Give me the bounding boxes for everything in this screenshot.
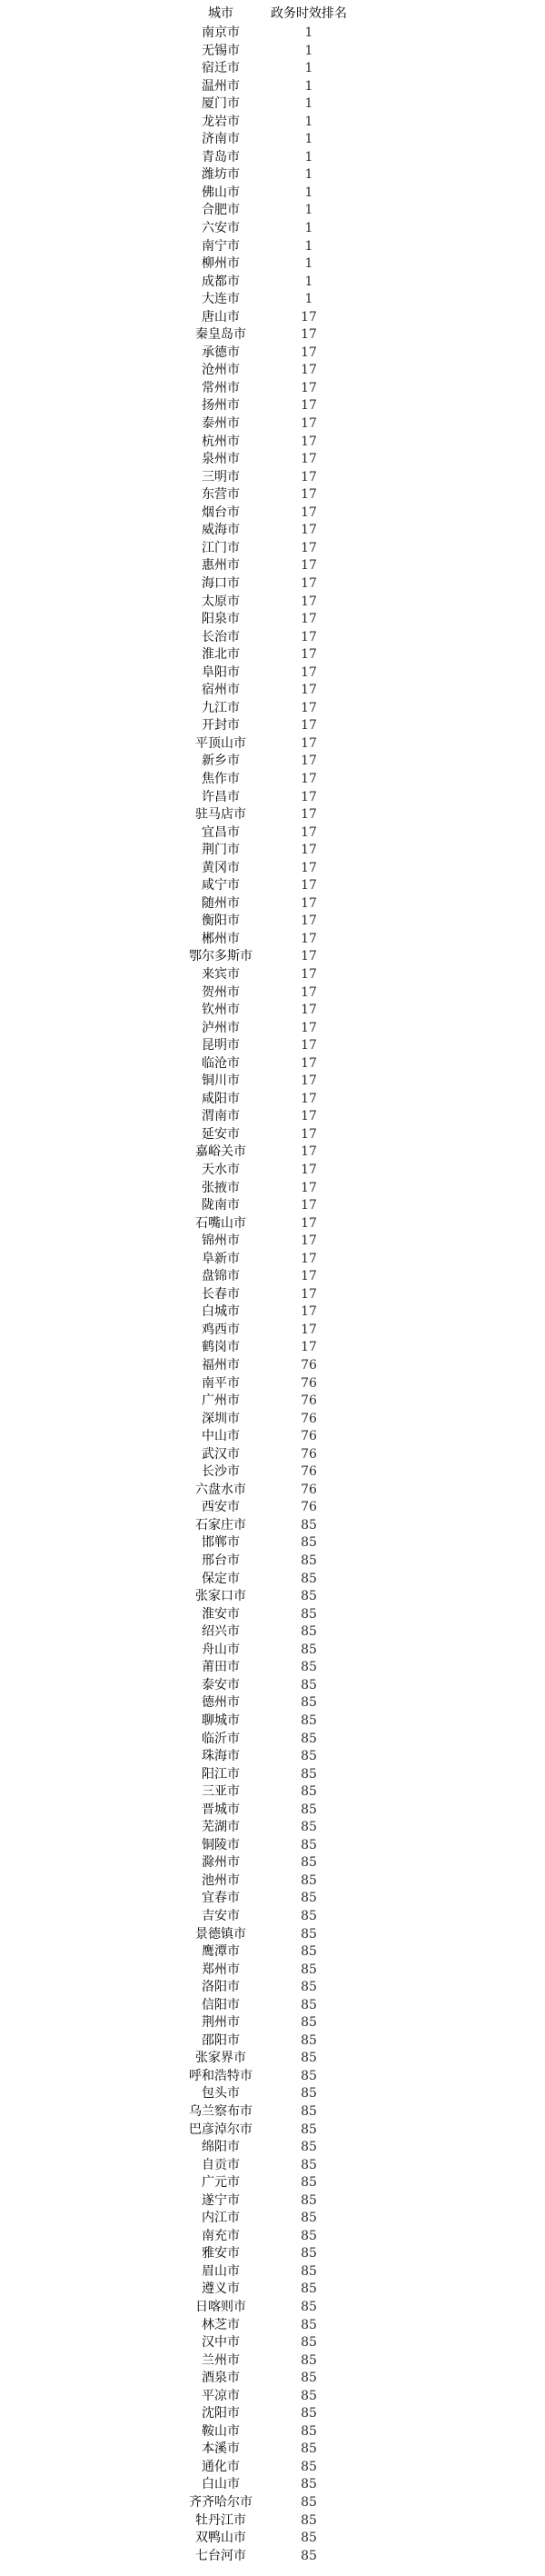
city-cell: 随州市 bbox=[202, 895, 240, 914]
rank-cell: 85 bbox=[301, 1997, 317, 2015]
city-cell: 宿州市 bbox=[202, 682, 240, 700]
rank-cell: 1 bbox=[305, 95, 313, 114]
city-cell: 白山市 bbox=[202, 2476, 240, 2494]
city-cell: 常州市 bbox=[202, 380, 240, 398]
city-cell: 牡丹江市 bbox=[195, 2512, 246, 2531]
city-cell: 泸州市 bbox=[202, 1020, 240, 1038]
city-cell: 鹤岗市 bbox=[202, 1339, 240, 1357]
rank-cell: 17 bbox=[301, 1303, 317, 1322]
rank-cell: 17 bbox=[301, 1002, 317, 1020]
rank-cell: 85 bbox=[301, 1837, 317, 1855]
city-cell: 呼和浩特市 bbox=[189, 2068, 253, 2086]
city-cell: 惠州市 bbox=[202, 557, 240, 575]
city-cell: 保定市 bbox=[202, 1571, 240, 1589]
rank-cell: 85 bbox=[301, 2281, 317, 2299]
city-cell: 邯郸市 bbox=[202, 1534, 240, 1553]
table-row: 柳州市1 bbox=[0, 255, 545, 274]
rank-cell: 85 bbox=[301, 2210, 317, 2228]
rank-cell: 85 bbox=[301, 2174, 317, 2192]
table-row: 阳泉市17 bbox=[0, 611, 545, 629]
table-header-row: 城市 政务时效排名 bbox=[0, 4, 545, 25]
table-row: 铜川市17 bbox=[0, 1073, 545, 1091]
rank-cell: 85 bbox=[301, 2352, 317, 2371]
rank-cell: 17 bbox=[301, 771, 317, 789]
city-cell: 延安市 bbox=[202, 1126, 240, 1144]
city-cell: 成都市 bbox=[202, 274, 240, 292]
rank-cell: 85 bbox=[301, 2085, 317, 2103]
table-row: 东营市17 bbox=[0, 486, 545, 504]
city-cell: 长春市 bbox=[202, 1286, 240, 1304]
table-row: 威海市17 bbox=[0, 522, 545, 540]
city-cell: 焦作市 bbox=[202, 771, 240, 789]
rank-cell: 1 bbox=[305, 274, 313, 292]
table-row: 唐山市17 bbox=[0, 309, 545, 327]
rank-cell: 17 bbox=[301, 735, 317, 754]
rank-cell: 85 bbox=[301, 2014, 317, 2032]
city-cell: 舟山市 bbox=[202, 1642, 240, 1660]
city-cell: 阜新市 bbox=[202, 1251, 240, 1269]
table-row: 呼和浩特市85 bbox=[0, 2068, 545, 2086]
city-cell: 兰州市 bbox=[202, 2352, 240, 2371]
city-cell: 东营市 bbox=[202, 486, 240, 504]
city-cell: 福州市 bbox=[202, 1357, 240, 1375]
table-row: 陇南市17 bbox=[0, 1197, 545, 1215]
city-cell: 临沧市 bbox=[202, 1055, 240, 1073]
table-row: 聊城市85 bbox=[0, 1712, 545, 1731]
city-cell: 咸宁市 bbox=[202, 877, 240, 895]
rank-cell: 85 bbox=[301, 2245, 317, 2263]
table-row: 焦作市17 bbox=[0, 771, 545, 789]
city-cell: 盘锦市 bbox=[202, 1268, 240, 1286]
rank-cell: 76 bbox=[301, 1393, 317, 1411]
rank-cell: 17 bbox=[301, 1233, 317, 1251]
table-row: 鹰潭市85 bbox=[0, 1943, 545, 1962]
rank-cell: 85 bbox=[301, 2512, 317, 2531]
rank-cell: 85 bbox=[301, 2388, 317, 2406]
table-row: 杭州市17 bbox=[0, 434, 545, 452]
rank-cell: 85 bbox=[301, 2459, 317, 2477]
rank-cell: 1 bbox=[305, 114, 313, 132]
rank-cell: 17 bbox=[301, 344, 317, 363]
rank-cell: 17 bbox=[301, 789, 317, 807]
city-cell: 海口市 bbox=[202, 575, 240, 594]
city-cell: 青岛市 bbox=[202, 149, 240, 167]
rank-cell: 17 bbox=[301, 397, 317, 415]
rank-cell: 85 bbox=[301, 2032, 317, 2051]
table-row: 平凉市85 bbox=[0, 2388, 545, 2406]
city-cell: 南宁市 bbox=[202, 238, 240, 256]
table-row: 自贡市85 bbox=[0, 2157, 545, 2175]
city-cell: 广元市 bbox=[202, 2174, 240, 2192]
city-cell: 池州市 bbox=[202, 1872, 240, 1891]
city-cell: 鸡西市 bbox=[202, 1322, 240, 1340]
city-cell: 陇南市 bbox=[202, 1197, 240, 1215]
table-row: 厦门市1 bbox=[0, 95, 545, 114]
rank-cell: 17 bbox=[301, 1180, 317, 1198]
rank-cell: 76 bbox=[301, 1411, 317, 1429]
rank-cell: 85 bbox=[301, 1819, 317, 1837]
rank-cell: 17 bbox=[301, 717, 317, 735]
rank-cell: 17 bbox=[301, 629, 317, 647]
city-cell: 铜陵市 bbox=[202, 1837, 240, 1855]
city-cell: 新乡市 bbox=[202, 753, 240, 771]
rank-cell: 17 bbox=[301, 1162, 317, 1180]
city-cell: 芜湖市 bbox=[202, 1819, 240, 1837]
city-cell: 鄂尔多斯市 bbox=[189, 948, 253, 966]
table-row: 雅安市85 bbox=[0, 2245, 545, 2263]
rank-cell: 85 bbox=[301, 2228, 317, 2246]
rank-cell: 76 bbox=[301, 1482, 317, 1500]
rank-cell: 1 bbox=[305, 238, 313, 256]
table-row: 绍兴市85 bbox=[0, 1623, 545, 1642]
rank-cell: 1 bbox=[305, 60, 313, 78]
table-row: 武汉市76 bbox=[0, 1446, 545, 1464]
city-cell: 南充市 bbox=[202, 2228, 240, 2246]
rank-cell: 1 bbox=[305, 78, 313, 96]
table-row: 扬州市17 bbox=[0, 397, 545, 415]
city-cell: 张家界市 bbox=[195, 2050, 246, 2068]
table-row: 邵阳市85 bbox=[0, 2032, 545, 2051]
rank-cell: 17 bbox=[301, 611, 317, 629]
table-row: 天水市17 bbox=[0, 1162, 545, 1180]
table-row: 芜湖市85 bbox=[0, 1819, 545, 1837]
city-cell: 温州市 bbox=[202, 78, 240, 96]
table-row: 衡阳市17 bbox=[0, 913, 545, 931]
rank-cell: 85 bbox=[301, 2103, 317, 2122]
city-cell: 荆州市 bbox=[202, 2014, 240, 2032]
table-row: 开封市17 bbox=[0, 717, 545, 735]
table-row: 林芝市85 bbox=[0, 2317, 545, 2335]
city-cell: 阳江市 bbox=[202, 1766, 240, 1784]
rank-cell: 85 bbox=[301, 2476, 317, 2494]
table-row: 广州市76 bbox=[0, 1393, 545, 1411]
city-cell: 自贡市 bbox=[202, 2157, 240, 2175]
table-row: 青岛市1 bbox=[0, 149, 545, 167]
rank-cell: 1 bbox=[305, 43, 313, 61]
rank-cell: 85 bbox=[301, 2530, 317, 2548]
city-cell: 聊城市 bbox=[202, 1712, 240, 1731]
table-row: 石家庄市85 bbox=[0, 1517, 545, 1535]
rank-cell: 17 bbox=[301, 540, 317, 558]
table-row: 郑州市85 bbox=[0, 1962, 545, 1980]
rank-cell: 17 bbox=[301, 1286, 317, 1304]
table-row: 南充市85 bbox=[0, 2228, 545, 2246]
city-cell: 石家庄市 bbox=[195, 1517, 246, 1535]
city-cell: 锦州市 bbox=[202, 1233, 240, 1251]
table-row: 白城市17 bbox=[0, 1303, 545, 1322]
city-cell: 厦门市 bbox=[202, 95, 240, 114]
city-column-header: 城市 bbox=[208, 4, 233, 25]
rank-cell: 85 bbox=[301, 1677, 317, 1695]
city-cell: 通化市 bbox=[202, 2459, 240, 2477]
city-cell: 内江市 bbox=[202, 2210, 240, 2228]
city-cell: 秦皇岛市 bbox=[195, 326, 246, 344]
city-cell: 威海市 bbox=[202, 522, 240, 540]
table-row: 宿州市17 bbox=[0, 682, 545, 700]
rank-cell: 17 bbox=[301, 1215, 317, 1233]
table-row: 遵义市85 bbox=[0, 2281, 545, 2299]
rank-cell: 85 bbox=[301, 1534, 317, 1553]
rank-cell: 85 bbox=[301, 2405, 317, 2423]
city-cell: 邵阳市 bbox=[202, 2032, 240, 2051]
rank-cell: 76 bbox=[301, 1499, 317, 1517]
table-row: 淮北市17 bbox=[0, 646, 545, 664]
rank-cell: 17 bbox=[301, 1126, 317, 1144]
rank-cell: 85 bbox=[301, 1694, 317, 1712]
table-row: 大连市1 bbox=[0, 291, 545, 309]
table-row: 九江市17 bbox=[0, 700, 545, 718]
table-row: 长春市17 bbox=[0, 1286, 545, 1304]
city-cell: 昆明市 bbox=[202, 1037, 240, 1055]
table-row: 许昌市17 bbox=[0, 789, 545, 807]
rank-cell: 85 bbox=[301, 2317, 317, 2335]
rank-cell: 85 bbox=[301, 1783, 317, 1802]
rank-cell: 17 bbox=[301, 860, 317, 878]
table-row: 阜新市17 bbox=[0, 1251, 545, 1269]
rank-cell: 85 bbox=[301, 1731, 317, 1749]
rank-cell: 85 bbox=[301, 1854, 317, 1872]
table-row: 泸州市17 bbox=[0, 1020, 545, 1038]
city-cell: 渭南市 bbox=[202, 1108, 240, 1126]
city-cell: 七台河市 bbox=[195, 2548, 246, 2566]
table-row: 池州市85 bbox=[0, 1872, 545, 1891]
rank-cell: 85 bbox=[301, 2157, 317, 2175]
city-cell: 黄冈市 bbox=[202, 860, 240, 878]
table-row: 惠州市17 bbox=[0, 557, 545, 575]
table-row: 锦州市17 bbox=[0, 1233, 545, 1251]
rank-cell: 1 bbox=[305, 25, 313, 43]
rank-cell: 85 bbox=[301, 2441, 317, 2459]
city-cell: 龙岩市 bbox=[202, 114, 240, 132]
city-cell: 郴州市 bbox=[202, 931, 240, 949]
table-row: 西安市76 bbox=[0, 1499, 545, 1517]
rank-cell: 1 bbox=[305, 255, 313, 274]
table-row: 常州市17 bbox=[0, 380, 545, 398]
rank-cell: 85 bbox=[301, 1623, 317, 1642]
rank-cell: 85 bbox=[301, 2548, 317, 2566]
table-row: 三明市17 bbox=[0, 469, 545, 487]
rank-cell: 76 bbox=[301, 1428, 317, 1446]
table-row: 成都市1 bbox=[0, 274, 545, 292]
city-cell: 西安市 bbox=[202, 1499, 240, 1517]
city-cell: 三明市 bbox=[202, 469, 240, 487]
table-row: 太原市17 bbox=[0, 594, 545, 612]
table-row: 泰州市17 bbox=[0, 415, 545, 434]
city-cell: 晋城市 bbox=[202, 1802, 240, 1820]
table-row: 广元市85 bbox=[0, 2174, 545, 2192]
city-ranking-table: 城市 政务时效排名 南京市1无锡市1宿迁市1温州市1厦门市1龙岩市1济南市1青岛… bbox=[0, 0, 545, 2565]
table-row: 来宾市17 bbox=[0, 966, 545, 984]
city-cell: 景德镇市 bbox=[195, 1926, 246, 1944]
table-row: 汉中市85 bbox=[0, 2334, 545, 2352]
city-cell: 平凉市 bbox=[202, 2388, 240, 2406]
table-row: 泰安市85 bbox=[0, 1677, 545, 1695]
city-cell: 郑州市 bbox=[202, 1962, 240, 1980]
table-row: 六安市1 bbox=[0, 220, 545, 238]
city-cell: 烟台市 bbox=[202, 504, 240, 523]
table-row: 南宁市1 bbox=[0, 238, 545, 256]
rank-cell: 17 bbox=[301, 326, 317, 344]
rank-cell: 85 bbox=[301, 1962, 317, 1980]
rank-cell: 17 bbox=[301, 434, 317, 452]
city-cell: 武汉市 bbox=[202, 1446, 240, 1464]
city-cell: 大连市 bbox=[202, 291, 240, 309]
rank-cell: 17 bbox=[301, 522, 317, 540]
rank-cell: 17 bbox=[301, 1037, 317, 1055]
city-cell: 贺州市 bbox=[202, 984, 240, 1003]
city-cell: 长沙市 bbox=[202, 1463, 240, 1482]
table-row: 七台河市85 bbox=[0, 2548, 545, 2566]
rank-cell: 1 bbox=[305, 185, 313, 203]
city-cell: 吉安市 bbox=[202, 1908, 240, 1926]
city-cell: 天水市 bbox=[202, 1162, 240, 1180]
table-row: 邯郸市85 bbox=[0, 1534, 545, 1553]
table-row: 平顶山市17 bbox=[0, 735, 545, 754]
table-row: 合肥市1 bbox=[0, 202, 545, 220]
rank-cell: 17 bbox=[301, 1268, 317, 1286]
table-row: 佛山市1 bbox=[0, 185, 545, 203]
rank-cell: 85 bbox=[301, 1517, 317, 1535]
rank-cell: 85 bbox=[301, 2263, 317, 2281]
rank-cell: 17 bbox=[301, 1091, 317, 1109]
table-row: 晋城市85 bbox=[0, 1802, 545, 1820]
table-row: 本溪市85 bbox=[0, 2441, 545, 2459]
rank-cell: 17 bbox=[301, 966, 317, 984]
city-cell: 绵阳市 bbox=[202, 2139, 240, 2157]
city-cell: 林芝市 bbox=[202, 2317, 240, 2335]
city-cell: 泉州市 bbox=[202, 451, 240, 469]
table-row: 宿迁市1 bbox=[0, 60, 545, 78]
rank-cell: 85 bbox=[301, 2122, 317, 2140]
table-row: 临沧市17 bbox=[0, 1055, 545, 1073]
table-row: 宜春市85 bbox=[0, 1890, 545, 1908]
table-row: 黄冈市17 bbox=[0, 860, 545, 878]
rank-cell: 17 bbox=[301, 753, 317, 771]
city-cell: 眉山市 bbox=[202, 2263, 240, 2281]
city-cell: 潍坊市 bbox=[202, 166, 240, 185]
city-cell: 唐山市 bbox=[202, 309, 240, 327]
rank-cell: 17 bbox=[301, 575, 317, 594]
city-cell: 齐齐哈尔市 bbox=[189, 2494, 253, 2512]
rank-cell: 17 bbox=[301, 594, 317, 612]
table-row: 信阳市85 bbox=[0, 1997, 545, 2015]
rank-cell: 17 bbox=[301, 1251, 317, 1269]
rank-cell: 17 bbox=[301, 504, 317, 523]
rank-cell: 85 bbox=[301, 1606, 317, 1624]
city-cell: 淮安市 bbox=[202, 1606, 240, 1624]
city-cell: 驻马店市 bbox=[195, 806, 246, 824]
rank-cell: 85 bbox=[301, 2139, 317, 2157]
rank-cell: 85 bbox=[301, 1872, 317, 1891]
city-cell: 包头市 bbox=[202, 2085, 240, 2103]
city-cell: 沧州市 bbox=[202, 362, 240, 380]
table-row: 咸阳市17 bbox=[0, 1091, 545, 1109]
table-row: 临沂市85 bbox=[0, 1731, 545, 1749]
table-row: 烟台市17 bbox=[0, 504, 545, 523]
table-row: 酒泉市85 bbox=[0, 2370, 545, 2388]
rank-cell: 1 bbox=[305, 131, 313, 149]
rank-cell: 85 bbox=[301, 1659, 317, 1677]
city-cell: 广州市 bbox=[202, 1393, 240, 1411]
rank-cell: 85 bbox=[301, 1642, 317, 1660]
rank-cell: 17 bbox=[301, 1143, 317, 1162]
table-row: 鸡西市17 bbox=[0, 1322, 545, 1340]
city-cell: 洛阳市 bbox=[202, 1979, 240, 1997]
table-row: 渭南市17 bbox=[0, 1108, 545, 1126]
city-cell: 太原市 bbox=[202, 594, 240, 612]
rank-cell: 76 bbox=[301, 1463, 317, 1482]
table-row: 贺州市17 bbox=[0, 984, 545, 1003]
city-cell: 南京市 bbox=[202, 25, 240, 43]
table-row: 白山市85 bbox=[0, 2476, 545, 2494]
table-row: 珠海市85 bbox=[0, 1748, 545, 1766]
rank-cell: 1 bbox=[305, 202, 313, 220]
city-cell: 雅安市 bbox=[202, 2245, 240, 2263]
table-row: 张家口市85 bbox=[0, 1588, 545, 1606]
table-row: 潍坊市1 bbox=[0, 166, 545, 185]
city-cell: 佛山市 bbox=[202, 185, 240, 203]
table-row: 沈阳市85 bbox=[0, 2405, 545, 2423]
rank-cell: 1 bbox=[305, 166, 313, 185]
rank-cell: 17 bbox=[301, 1108, 317, 1126]
city-cell: 开封市 bbox=[202, 717, 240, 735]
table-body: 南京市1无锡市1宿迁市1温州市1厦门市1龙岩市1济南市1青岛市1潍坊市1佛山市1… bbox=[0, 25, 545, 2565]
rank-cell: 85 bbox=[301, 2370, 317, 2388]
rank-cell: 17 bbox=[301, 469, 317, 487]
rank-cell: 17 bbox=[301, 1322, 317, 1340]
city-cell: 宜昌市 bbox=[202, 824, 240, 843]
table-row: 邢台市85 bbox=[0, 1553, 545, 1571]
rank-cell: 17 bbox=[301, 557, 317, 575]
table-row: 昆明市17 bbox=[0, 1037, 545, 1055]
table-row: 深圳市76 bbox=[0, 1411, 545, 1429]
city-cell: 嘉峪关市 bbox=[195, 1143, 246, 1162]
rank-cell: 17 bbox=[301, 380, 317, 398]
city-cell: 合肥市 bbox=[202, 202, 240, 220]
city-cell: 德州市 bbox=[202, 1694, 240, 1712]
city-cell: 信阳市 bbox=[202, 1997, 240, 2015]
rank-cell: 17 bbox=[301, 806, 317, 824]
city-cell: 泰州市 bbox=[202, 415, 240, 434]
table-row: 六盘水市76 bbox=[0, 1482, 545, 1500]
table-row: 福州市76 bbox=[0, 1357, 545, 1375]
table-row: 延安市17 bbox=[0, 1126, 545, 1144]
table-row: 中山市76 bbox=[0, 1428, 545, 1446]
city-cell: 六盘水市 bbox=[195, 1482, 246, 1500]
city-cell: 遂宁市 bbox=[202, 2192, 240, 2211]
table-row: 龙岩市1 bbox=[0, 114, 545, 132]
table-row: 巴彦淖尔市85 bbox=[0, 2122, 545, 2140]
table-row: 日喀则市85 bbox=[0, 2299, 545, 2317]
rank-cell: 17 bbox=[301, 362, 317, 380]
rank-cell: 85 bbox=[301, 1979, 317, 1997]
city-cell: 宜春市 bbox=[202, 1890, 240, 1908]
table-row: 眉山市85 bbox=[0, 2263, 545, 2281]
city-cell: 巴彦淖尔市 bbox=[189, 2122, 253, 2140]
city-cell: 绍兴市 bbox=[202, 1623, 240, 1642]
table-row: 郴州市17 bbox=[0, 931, 545, 949]
table-row: 南平市76 bbox=[0, 1375, 545, 1393]
rank-cell: 85 bbox=[301, 1766, 317, 1784]
city-cell: 张家口市 bbox=[195, 1588, 246, 1606]
city-cell: 九江市 bbox=[202, 700, 240, 718]
city-cell: 阳泉市 bbox=[202, 611, 240, 629]
rank-cell: 76 bbox=[301, 1357, 317, 1375]
city-cell: 承德市 bbox=[202, 344, 240, 363]
rank-cell: 85 bbox=[301, 1571, 317, 1589]
city-cell: 钦州市 bbox=[202, 1002, 240, 1020]
city-cell: 白城市 bbox=[202, 1303, 240, 1322]
